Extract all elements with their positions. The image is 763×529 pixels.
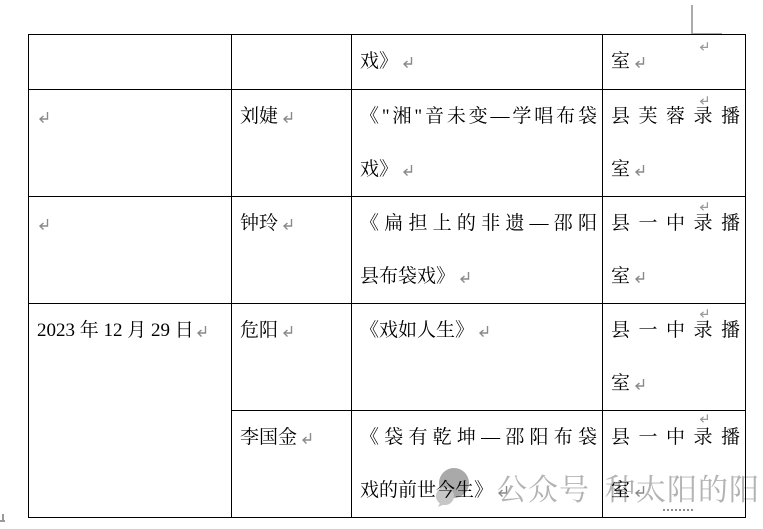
text-boundary-mark-bottom-left bbox=[0, 520, 5, 522]
table-cell[interactable]: 县一中录播 室 bbox=[603, 411, 746, 518]
paragraph-mark-icon bbox=[633, 378, 647, 391]
paragraph-mark-icon bbox=[195, 325, 209, 338]
cell-text: 李国金 bbox=[240, 427, 297, 448]
table-cell[interactable] bbox=[232, 35, 352, 90]
cell-text: 县一中录播 bbox=[611, 427, 740, 448]
word-document-page: 公众号 种太阳的阳 戏》 室 刘婕 《"湘"音未变—学唱布袋 戏》 县芙蓉录播 … bbox=[0, 0, 763, 529]
table-cell[interactable] bbox=[29, 90, 232, 197]
table-cell[interactable]: 县一中录播 室 bbox=[603, 197, 746, 304]
table-cell[interactable] bbox=[29, 35, 232, 90]
paragraph-mark-icon bbox=[633, 164, 647, 177]
table-cell[interactable]: 危阳 bbox=[232, 304, 352, 411]
paragraph-mark-icon bbox=[633, 271, 647, 284]
cell-text: 《"湘"音未变—学唱布袋 bbox=[360, 106, 597, 127]
text-boundary-mark-top-right bbox=[691, 5, 693, 34]
paragraph-mark-icon bbox=[37, 111, 51, 124]
cell-text: 刘婕 bbox=[240, 106, 278, 127]
cell-text: 县一中录播 bbox=[611, 320, 740, 341]
cell-text: 县一中录播 bbox=[611, 213, 740, 234]
cell-text: 《扁担上的非遗—邵阳 bbox=[360, 213, 597, 234]
cell-text: 钟玲 bbox=[240, 213, 278, 234]
row-end-mark-icon bbox=[698, 308, 710, 319]
table-container: 戏》 室 刘婕 《"湘"音未变—学唱布袋 戏》 县芙蓉录播 室 钟玲 bbox=[28, 34, 746, 518]
paragraph-mark-icon bbox=[300, 432, 314, 445]
table-row: 刘婕 《"湘"音未变—学唱布袋 戏》 县芙蓉录播 室 bbox=[29, 90, 746, 197]
table-row: 钟玲 《扁担上的非遗—邵阳 县布袋戏》 县一中录播 室 bbox=[29, 197, 746, 304]
table-cell[interactable]: 《戏如人生》 bbox=[352, 304, 603, 411]
table-cell[interactable]: 《袋有乾坤—邵阳布袋 戏的前世今生》 bbox=[352, 411, 603, 518]
cell-text: 戏》 bbox=[360, 159, 398, 180]
paragraph-mark-icon bbox=[458, 271, 472, 284]
cell-text: 《袋有乾坤—邵阳布袋 bbox=[360, 427, 597, 448]
table-cell[interactable] bbox=[29, 197, 232, 304]
paragraph-mark-icon bbox=[401, 164, 415, 177]
table-cell[interactable]: 县一中录播 室 bbox=[603, 304, 746, 411]
table-row: 2023 年 12 月 29 日 危阳 《戏如人生》 县一中录播 室 bbox=[29, 304, 746, 411]
paragraph-mark-icon bbox=[401, 56, 415, 69]
row-end-mark-icon bbox=[698, 41, 710, 52]
cell-text: 危阳 bbox=[240, 320, 278, 341]
row-end-mark-icon bbox=[698, 95, 710, 106]
table-cell[interactable]: 县芙蓉录播 室 bbox=[603, 90, 746, 197]
table-cell[interactable]: 钟玲 bbox=[232, 197, 352, 304]
cell-text: 室 bbox=[611, 266, 630, 287]
paragraph-mark-icon bbox=[281, 325, 295, 338]
cell-text-date: 2023 年 12 月 29 日 bbox=[37, 320, 194, 341]
table-cell[interactable]: 戏》 bbox=[352, 35, 603, 90]
table-cell-date[interactable]: 2023 年 12 月 29 日 bbox=[29, 304, 232, 518]
paragraph-mark-icon bbox=[477, 325, 491, 338]
table-cell[interactable]: 李国金 bbox=[232, 411, 352, 518]
cell-text: 县布袋戏》 bbox=[360, 266, 455, 287]
paragraph-mark-icon bbox=[633, 56, 647, 69]
paragraph-mark-icon bbox=[281, 111, 295, 124]
row-end-mark-icon bbox=[698, 201, 710, 212]
paragraph-mark-icon bbox=[37, 218, 51, 231]
schedule-table: 戏》 室 刘婕 《"湘"音未变—学唱布袋 戏》 县芙蓉录播 室 钟玲 bbox=[28, 34, 746, 518]
table-cell[interactable]: 《"湘"音未变—学唱布袋 戏》 bbox=[352, 90, 603, 197]
table-row: 戏》 室 bbox=[29, 35, 746, 90]
table-cell[interactable]: 刘婕 bbox=[232, 90, 352, 197]
cell-text: 室 bbox=[611, 51, 630, 72]
paragraph-mark-icon bbox=[281, 218, 295, 231]
cell-text: 室 bbox=[611, 159, 630, 180]
paragraph-mark-icon bbox=[496, 485, 510, 498]
cell-text: 室 bbox=[611, 480, 630, 501]
cell-text: 《戏如人生》 bbox=[360, 320, 474, 341]
paragraph-mark-icon bbox=[633, 485, 647, 498]
table-cell[interactable]: 室 bbox=[603, 35, 746, 90]
table-cell[interactable]: 《扁担上的非遗—邵阳 县布袋戏》 bbox=[352, 197, 603, 304]
cell-text: 戏》 bbox=[360, 51, 398, 72]
row-end-mark-icon bbox=[698, 413, 710, 424]
cell-text: 县芙蓉录播 bbox=[611, 106, 740, 127]
cell-text: 室 bbox=[611, 373, 630, 394]
cell-text: 戏的前世今生》 bbox=[360, 480, 493, 501]
dotted-border-segment bbox=[663, 509, 693, 511]
